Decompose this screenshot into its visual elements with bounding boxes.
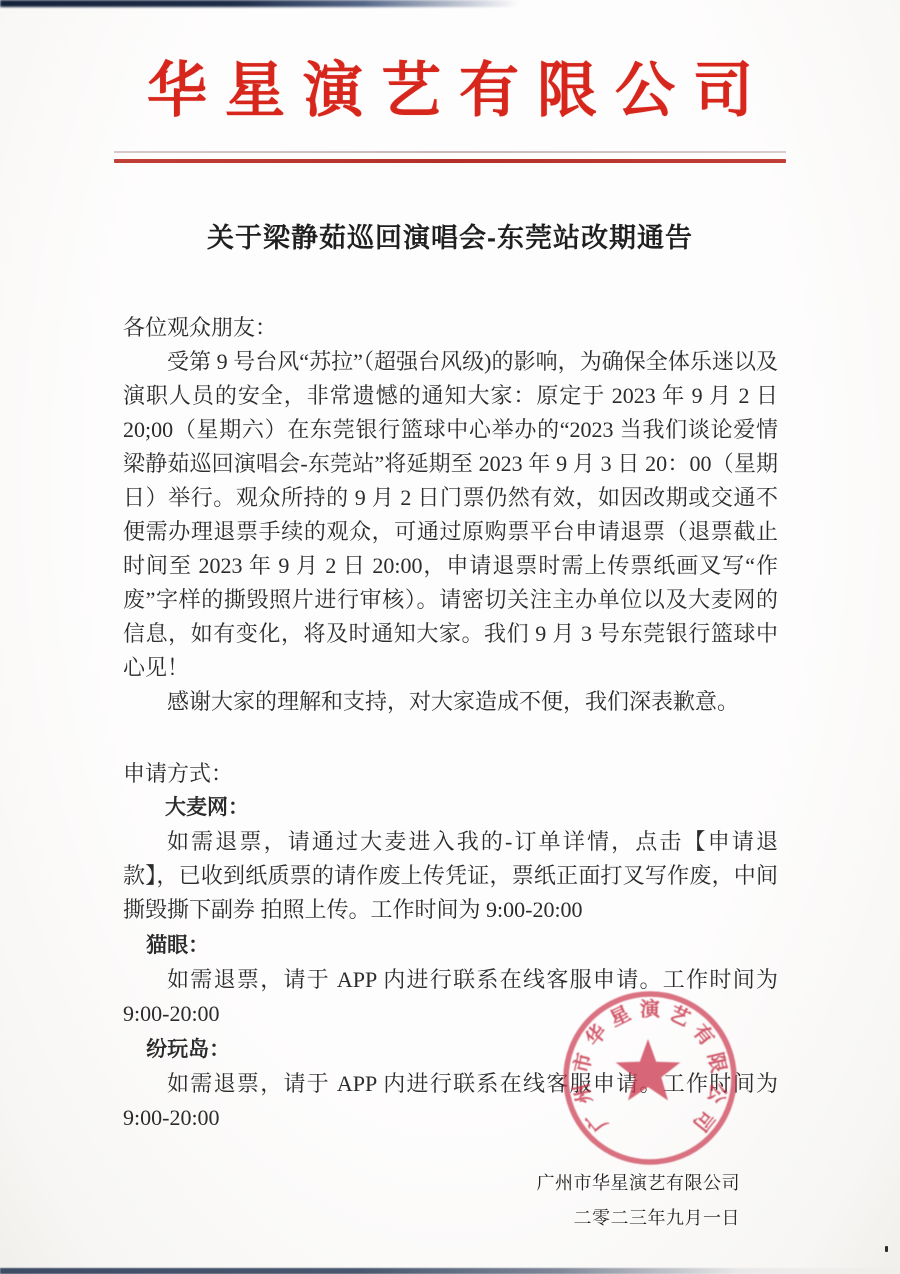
photo-edge-top bbox=[0, 0, 520, 7]
platform-name-damai: 大麦网： bbox=[123, 791, 778, 825]
main-paragraph: 受第 9 号台风“苏拉”（超强台风级)的影响，为确保全体乐迷以及演职人员的安全，… bbox=[123, 345, 778, 685]
apply-heading: 申请方式： bbox=[123, 757, 778, 791]
platform-desc-maoyan: 如需退票，请于 APP 内进行联系在线客服申请。工作时间为 9:00-20:00 bbox=[123, 963, 778, 1031]
refund-apply-section: 申请方式： 大麦网： 如需退票，请通过大麦进入我的-订单详情，点击【申请退款】，… bbox=[123, 757, 778, 1135]
signature-date: 二零二三年九月一日 bbox=[0, 1201, 740, 1236]
company-letterhead: 华星演艺有限公司 bbox=[0, 48, 900, 134]
signature-company: 广州市华星演艺有限公司 bbox=[0, 1166, 740, 1201]
photo-speck bbox=[885, 1246, 888, 1252]
photo-edge-bottom bbox=[0, 1268, 900, 1274]
platform-desc-fenwandao: 如需退票，请于 APP 内进行联系在线客服申请。工作时间为 9:00-20:00 bbox=[123, 1067, 778, 1135]
notice-title: 关于梁静茹巡回演唱会-东莞站改期通告 bbox=[0, 220, 900, 256]
notice-document: 华星演艺有限公司 关于梁静茹巡回演唱会-东莞站改期通告 各位观众朋友： 受第 9… bbox=[0, 0, 900, 1274]
letterhead-divider bbox=[114, 151, 786, 163]
divider-thick-line bbox=[114, 159, 786, 163]
platform-desc-damai: 如需退票，请通过大麦进入我的-订单详情，点击【申请退款】，已收到纸质票的请作废上… bbox=[123, 825, 778, 927]
greeting-line: 各位观众朋友： bbox=[123, 311, 778, 345]
divider-thin-line bbox=[114, 151, 786, 153]
platform-name-fenwandao: 纷玩岛： bbox=[123, 1033, 778, 1067]
signature-block: 广州市华星演艺有限公司 二零二三年九月一日 bbox=[0, 1166, 900, 1236]
notice-body: 各位观众朋友： 受第 9 号台风“苏拉”（超强台风级)的影响，为确保全体乐迷以及… bbox=[123, 311, 778, 1135]
thanks-paragraph: 感谢大家的理解和支持，对大家造成不便，我们深表歉意。 bbox=[123, 685, 778, 719]
platform-name-maoyan: 猫眼： bbox=[123, 929, 778, 963]
